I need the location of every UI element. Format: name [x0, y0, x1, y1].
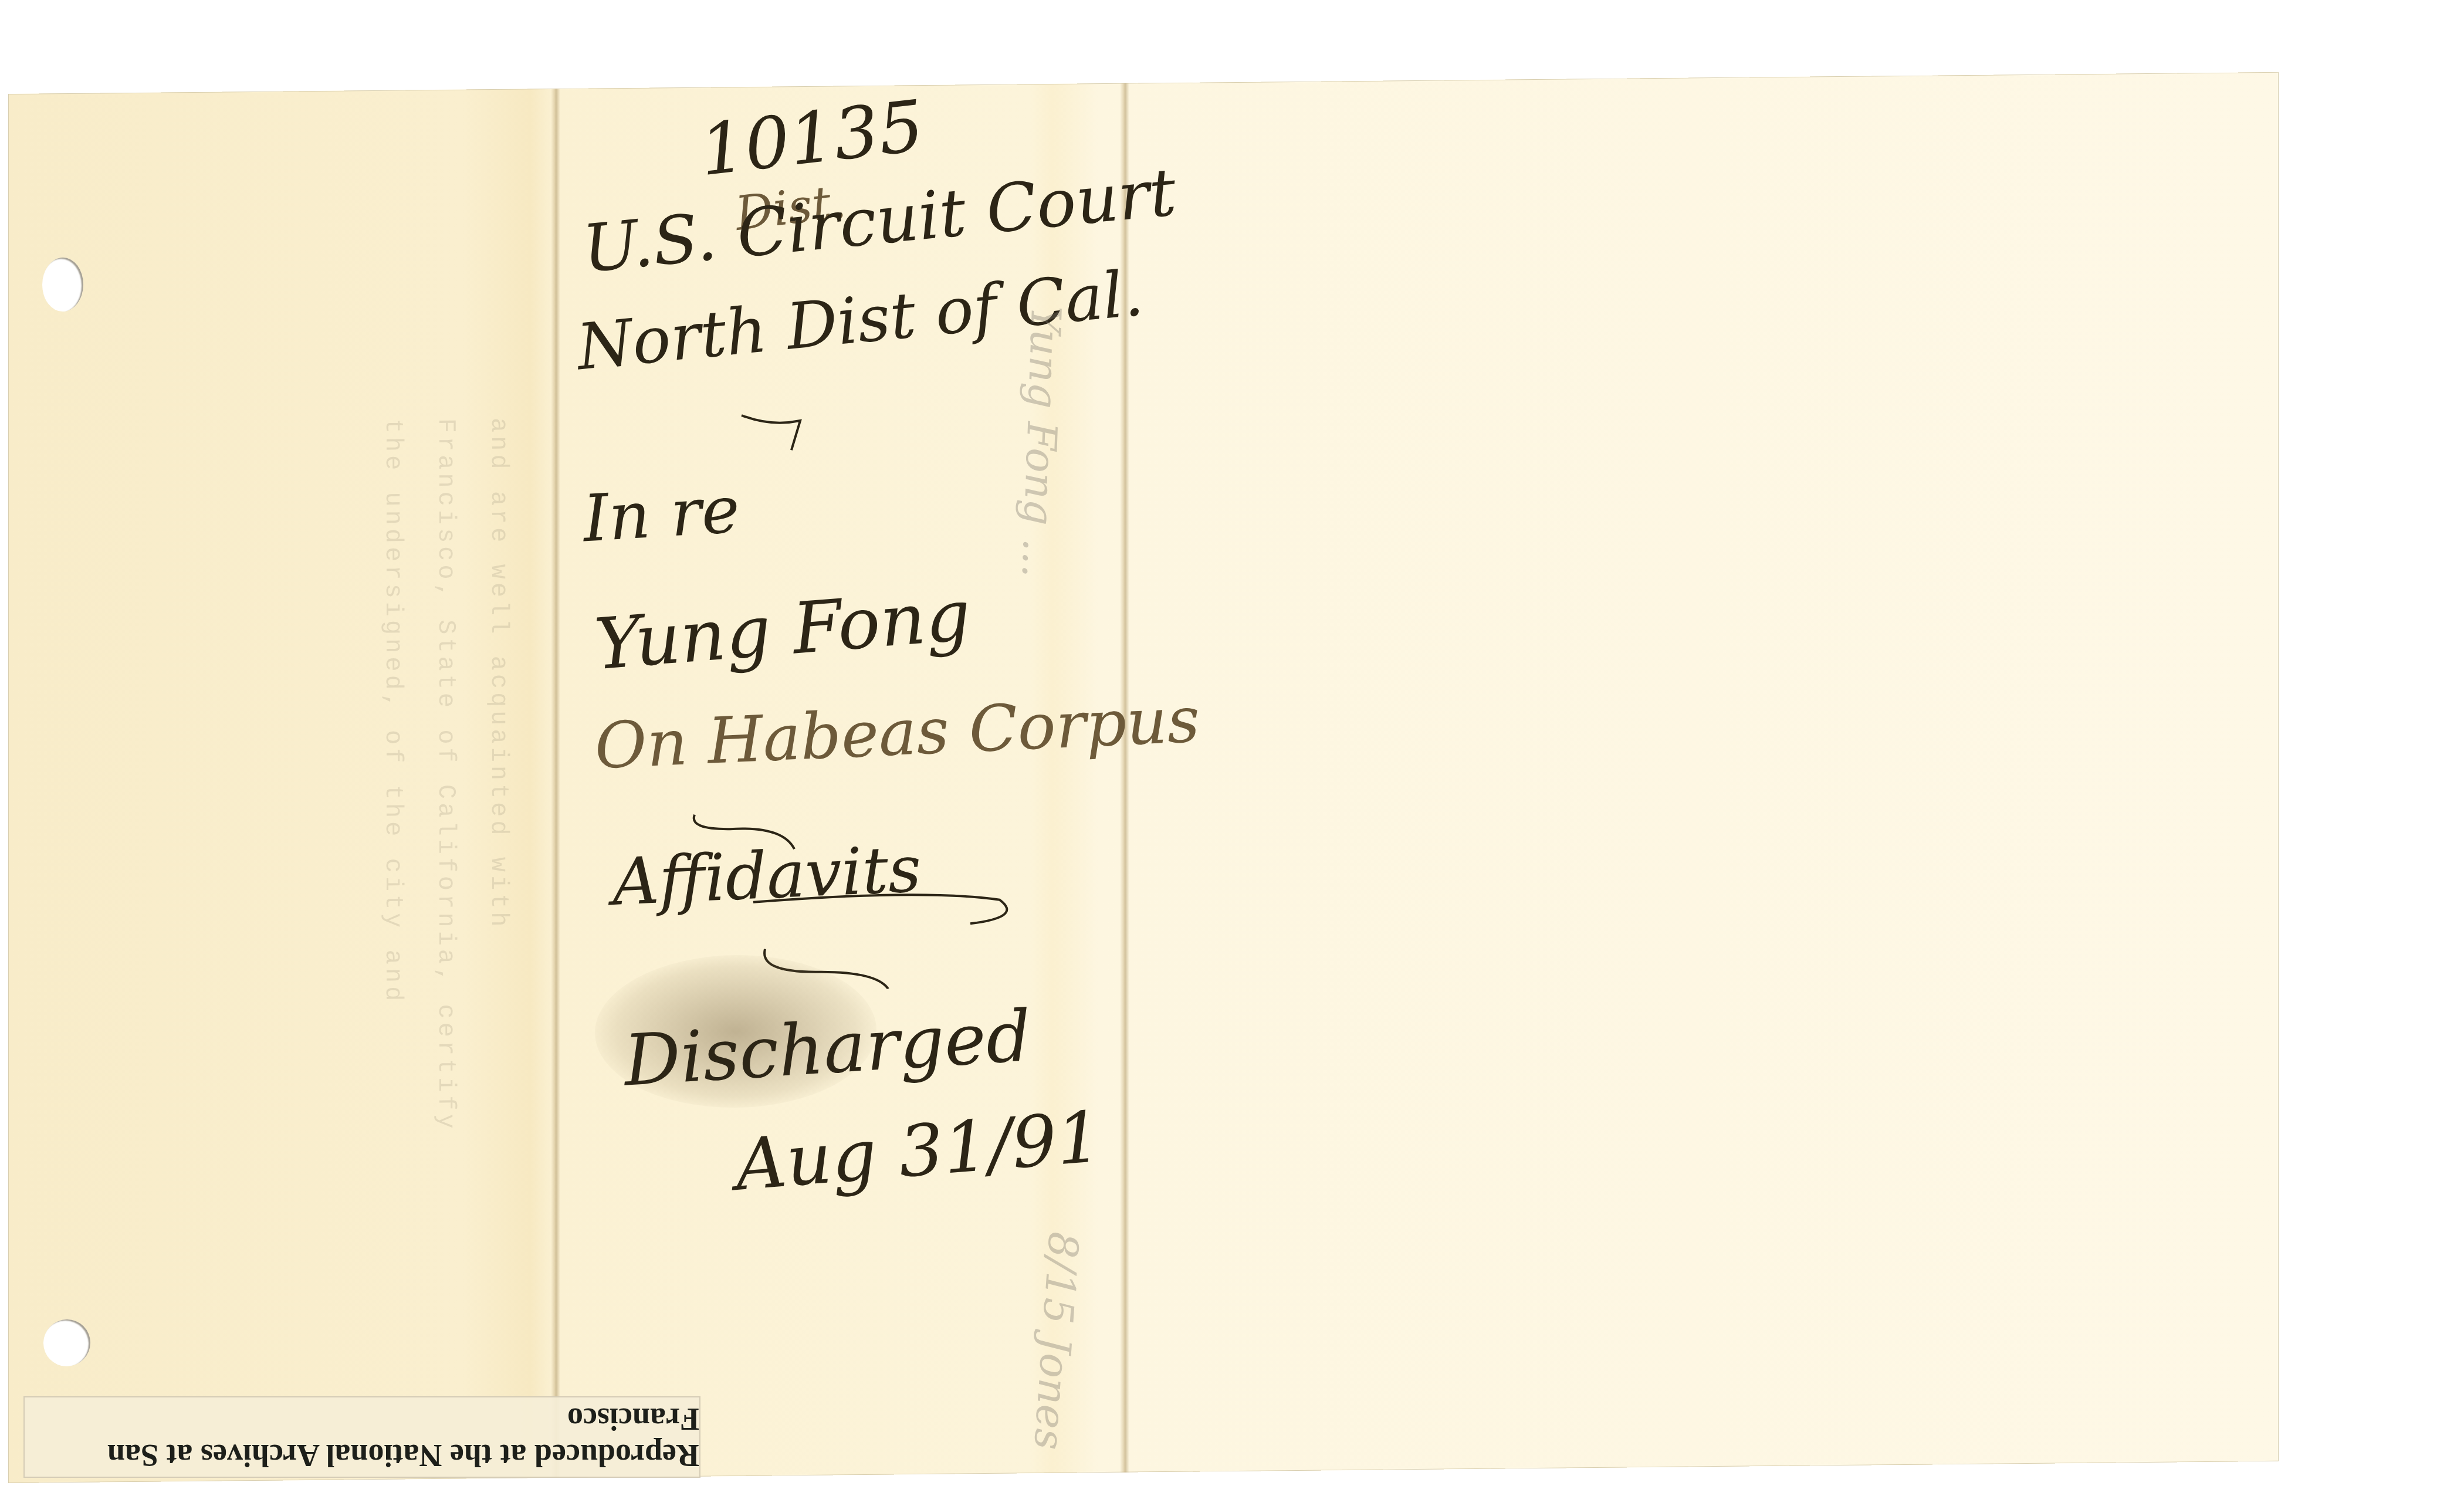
document-sheet: the undersigned, of the city and Francis… — [8, 72, 2279, 1483]
bleed-through-line-3: and are well acquainted with — [485, 418, 513, 930]
disposition-date: Aug 31/91 — [733, 1096, 1104, 1207]
bleed-through-line-2: Francisco, State of California, certify — [432, 418, 460, 1132]
bleed-through-line-1: the undersigned, of the city and — [379, 418, 407, 1004]
pencil-note-2: 8/15 Jones — [1024, 1230, 1088, 1451]
petitioner-name: Yung Fong — [592, 575, 973, 686]
fold-line-left — [551, 89, 560, 1478]
archive-label: Reproduced at the National Archives at S… — [23, 1396, 700, 1478]
case-number: 10135 — [696, 86, 928, 192]
middle-panel: 10135 Dist. U.S. Circuit Court North Dis… — [560, 83, 1120, 1478]
archive-label-text: Reproduced at the National Archives at S… — [25, 1401, 699, 1474]
proceeding: On Habeas Corpus — [594, 683, 1201, 784]
right-panel — [1129, 72, 2279, 1473]
pencil-note-1: Yung Fong ... — [1013, 306, 1070, 578]
in-re: In re — [581, 472, 742, 556]
flourish-1 — [736, 403, 818, 456]
left-panel: the undersigned, of the city and Francis… — [8, 89, 551, 1483]
